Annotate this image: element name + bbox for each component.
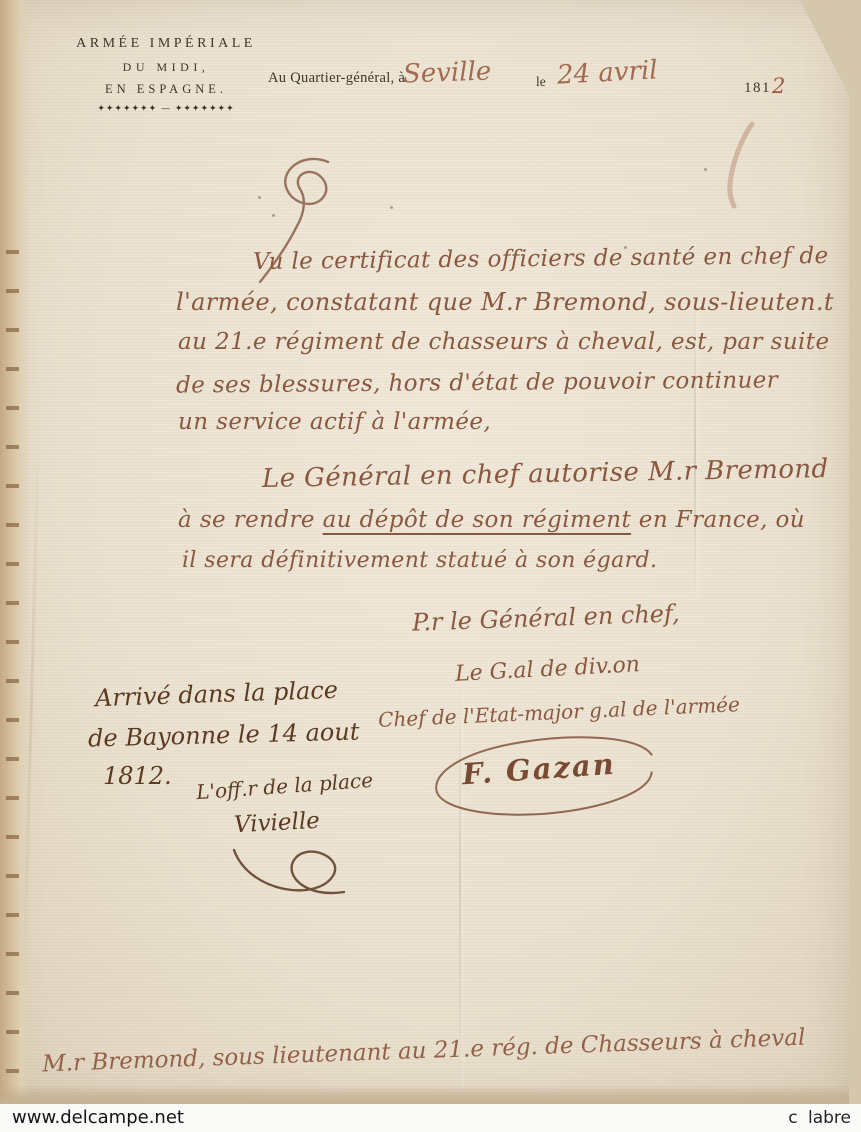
body-line-with-underline: à se rendre au dépôt de son régiment en …: [178, 507, 805, 533]
letterhead-line1: ARMÉE IMPÉRIALE: [68, 36, 264, 52]
body-line: un service actif à l'armée,: [178, 409, 491, 435]
ink-speck: [258, 196, 261, 199]
ink-speck: [390, 206, 393, 209]
body-line: au 21.e régiment de chasseurs à cheval, …: [178, 329, 829, 355]
dateline-place-handwritten: Seville: [403, 56, 492, 89]
body-line: l'armée, constatant que M.r Bremond, sou…: [176, 288, 834, 316]
dateline-printed-year: 181: [744, 80, 771, 97]
body-line: de ses blessures, hors d'état de pouvoir…: [176, 367, 778, 398]
body-line-segment: à se rendre: [178, 507, 323, 533]
watermark-bar: www.delcampe.net c labre: [0, 1104, 861, 1132]
dateline-printed-prefix: Au Quartier-général, à: [268, 70, 405, 87]
ink-speck: [704, 168, 707, 171]
ink-speck: [272, 214, 275, 217]
dateline-year-digit-handwritten: 2: [772, 74, 785, 98]
arrival-note-line: 1812.: [103, 762, 172, 790]
letterhead: ARMÉE IMPÉRIALE DU MIDI, EN ESPAGNE. ✦✦✦…: [68, 36, 264, 114]
body-line: il sera définitivement statué à son égar…: [182, 548, 657, 573]
paper-corner-fold: [800, 0, 849, 95]
watermark-url: www.delcampe.net: [12, 1107, 184, 1128]
signature-vivielle: Vivielle: [233, 808, 320, 838]
signature-flourish-swash: [222, 836, 362, 911]
dateline-printed-le: le: [536, 74, 546, 90]
letterhead-line2: DU MIDI,: [68, 60, 264, 75]
scanned-letter-page: ARMÉE IMPÉRIALE DU MIDI, EN ESPAGNE. ✦✦✦…: [0, 0, 861, 1132]
faint-red-mark: [722, 118, 768, 210]
letterhead-line3: EN ESPAGNE.: [68, 82, 264, 97]
dateline-date-handwritten: 24 avril: [556, 55, 658, 90]
binding-stitch-marks: [6, 215, 19, 1080]
body-line-segment: en France, où: [631, 507, 805, 533]
letterhead-ornament: ✦✦✦✦✦✦✦ — ✦✦✦✦✦✦✦: [68, 104, 264, 114]
paper-bottom-edge: [0, 1085, 849, 1104]
watermark-credit: c labre: [788, 1108, 851, 1128]
underlined-phrase: au dépôt de son régiment: [323, 507, 631, 533]
